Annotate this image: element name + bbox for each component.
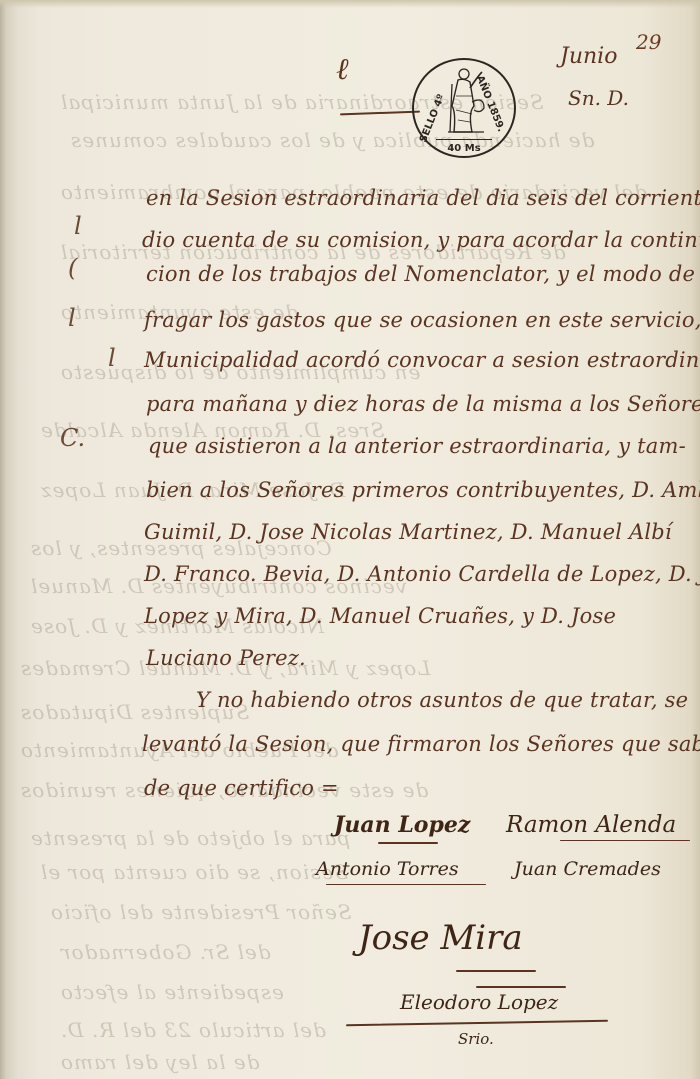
header-flourish: ℓ (336, 52, 349, 87)
signature-ramon-alenda: Ramon Alenda (506, 812, 676, 838)
body-line: para mañana y diez horas de la misma a l… (146, 392, 700, 416)
signature-eleodoro-lopez: Eleodoro Lopez (400, 990, 558, 1014)
bleedthrough-line: Señor Presidente del oficio (50, 900, 352, 924)
signature-flourish (378, 842, 438, 844)
stamp-divider (436, 139, 492, 140)
signature-flourish (476, 986, 566, 988)
body-line: D. Franco. Bevia, D. Antonio Cardella de… (144, 562, 700, 586)
body-line: Luciano Perez. (146, 646, 306, 670)
body-line: Y no habiendo otros asuntos de que trata… (196, 688, 688, 712)
body-line: levantó la Sesion, que firmaron los Seño… (142, 732, 700, 756)
bleedthrough-line: Sesion, se dio cuenta por el (40, 860, 348, 884)
bleedthrough-line: de la ley del ramo (60, 1050, 259, 1074)
stamp-text-left: SELLO 4º (418, 93, 447, 144)
body-line: cion de los trabajos del Nomenclator, y … (146, 262, 700, 286)
body-line: que asistieron a la anterior estraordina… (148, 434, 686, 458)
body-line: Municipalidad acordó convocar a sesion e… (144, 348, 700, 372)
margin-mark: ( (68, 254, 77, 282)
body-line: de que certifico = (144, 776, 339, 800)
folio-number: 29 (636, 30, 661, 54)
bleedthrough-line: del Sr. Gobernador (60, 940, 271, 964)
signature-antonio-torres: Antonio Torres (316, 858, 459, 880)
signature-jose-mira: Jose Mira (358, 918, 523, 958)
margin-mark: l (108, 344, 116, 372)
body-line: Lopez y Mira, D. Manuel Cruañes, y D. Jo… (144, 604, 616, 628)
bleedthrough-line: de hacienda publica y de los caudales co… (70, 128, 594, 152)
body-line: bien a los Señores primeros contribuyent… (146, 478, 700, 502)
signature-flourish (346, 1020, 608, 1027)
signature-juan-lopez: Juan Lopez (334, 812, 470, 838)
signature-flourish (456, 970, 536, 972)
margin-mark: C. (60, 424, 85, 452)
body-line: Guimil, D. Jose Nicolas Martinez, D. Man… (144, 520, 672, 544)
header-fragment: Sn. D. (568, 86, 629, 110)
header-fragment: Junio (560, 44, 617, 69)
signature-title-secretary: Srio. (458, 1030, 494, 1048)
manuscript-page: Sesion estraordinaria de la Junta munici… (0, 0, 700, 1079)
bleedthrough-line: para el objeto de la presente (30, 826, 350, 850)
revenue-stamp: SELLO 4º AÑO 1859. 40 Ms (412, 58, 516, 158)
signature-juan-cremades: Juan Cremades (514, 858, 661, 880)
stamp-value: 40 Ms (414, 143, 514, 154)
bleedthrough-line: del articulo 23 del R. D. (60, 1018, 326, 1042)
margin-mark: l (68, 304, 76, 332)
signature-flourish (560, 840, 690, 841)
body-line: en la Sesion estraordinaria del dia seis… (146, 186, 700, 210)
bleedthrough-line: espediente al efecto (60, 980, 284, 1004)
body-line: fragar los gastos que se ocasionen en es… (144, 308, 700, 332)
body-line: dio cuenta de su comision, y para acorda… (142, 228, 700, 252)
paper-top-edge (0, 0, 700, 8)
signature-flourish (326, 884, 486, 885)
margin-mark: l (74, 212, 82, 240)
